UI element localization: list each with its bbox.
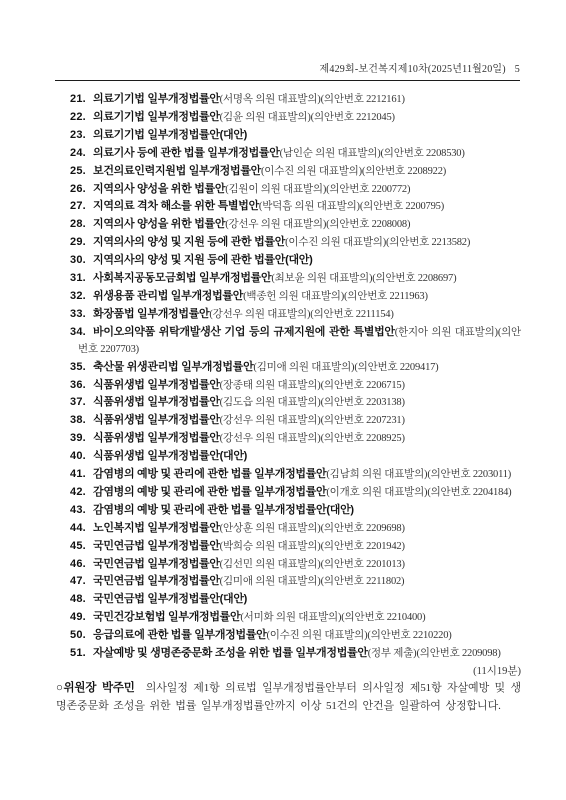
bill-number: 30.: [70, 252, 93, 269]
bill-detail: (김남희 의원 대표발의)(의안번호 2203011): [326, 469, 511, 480]
page-header: 제429회-보건복지제10차(2025년11월20일)5: [55, 60, 520, 75]
bill-title: 사회복지공동모금회법 일부개정법률안: [93, 272, 271, 284]
bill-number: 36.: [70, 377, 93, 394]
bill-list-item: 36.식품위생법 일부개정법률안(장종태 의원 대표발의)(의안번호 22067…: [57, 377, 521, 395]
bill-number: 23.: [70, 127, 93, 144]
bill-list-item: 42.감염병의 예방 및 관리에 관한 법률 일부개정법률안(이개호 의원 대표…: [57, 484, 521, 502]
bill-list-item: 23.의료기기법 일부개정법률안(대안): [57, 127, 521, 145]
bill-number: 42.: [70, 484, 93, 501]
bill-title: 지역의사 양성을 위한 법률안: [93, 218, 225, 230]
bill-list-item: 25.보건의료인력지원법 일부개정법률안(이수진 의원 대표발의)(의안번호 2…: [57, 163, 521, 181]
bill-list-item: 37.식품위생법 일부개정법률안(김도읍 의원 대표발의)(의안번호 22031…: [57, 394, 521, 412]
chair-remarks-paragraph: ○위원장 박주민의사일정 제1항 의료법 일부개정법률안부터 의사일정 제51항…: [56, 680, 521, 715]
bill-list-item: 26.지역의사 양성을 위한 법률안(김원이 의원 대표발의)(의안번호 220…: [57, 181, 521, 199]
bill-list-item: 45.국민연금법 일부개정법률안(박희승 의원 대표발의)(의안번호 22019…: [57, 538, 521, 556]
bill-list-item: 32.위생용품 관리법 일부개정법률안(백종헌 의원 대표발의)(의안번호 22…: [57, 288, 521, 306]
bill-number: 41.: [70, 466, 93, 483]
bill-list-item: 33.화장품법 일부개정법률안(강선우 의원 대표발의)(의안번호 221115…: [57, 306, 521, 324]
bill-detail: (강선우 의원 대표발의)(의안번호 2208008): [225, 219, 410, 230]
bill-title: 감염병의 예방 및 관리에 관한 법률 일부개정법률안: [93, 486, 326, 498]
bill-detail: (장종태 의원 대표발의)(의안번호 2206715): [220, 380, 405, 391]
bill-title: 국민연금법 일부개정법률안: [93, 558, 220, 570]
bill-number: 25.: [70, 163, 93, 180]
bill-list-item: 44.노인복지법 일부개정법률안(안상훈 의원 대표발의)(의안번호 22096…: [57, 520, 521, 538]
bill-list-item: 30.지역의사의 양성 및 지원 등에 관한 법률안(대안): [57, 252, 521, 270]
bill-title: 바이오의약품 위탁개발생산 기업 등의 규제지원에 관한 특별법안: [93, 326, 395, 338]
bill-list-item: 40.식품위생법 일부개정법률안(대안): [57, 448, 521, 466]
bill-detail: (강선우 의원 대표발의)(의안번호 2207231): [220, 415, 405, 426]
bill-detail: (이수진 의원 대표발의)(의안번호 2210220): [266, 630, 451, 641]
bill-title: 위생용품 관리법 일부개정법률안: [93, 290, 243, 302]
bill-detail: (서명옥 의원 대표발의)(의안번호 2212161): [220, 94, 405, 105]
bill-list-item: 39.식품위생법 일부개정법률안(강선우 의원 대표발의)(의안번호 22089…: [57, 430, 521, 448]
bill-number: 32.: [70, 288, 93, 305]
bill-detail: (안상훈 의원 대표발의)(의안번호 2209698): [220, 523, 405, 534]
bill-title: 보건의료인력지원법 일부개정법률안: [93, 165, 261, 177]
bill-number: 47.: [70, 573, 93, 590]
bill-title: 국민연금법 일부개정법률안(대안): [93, 593, 247, 605]
bill-number: 38.: [70, 412, 93, 429]
bill-number: 43.: [70, 502, 93, 519]
minutes-document-page: 제429회-보건복지제10차(2025년11월20일)5 21.의료기기법 일부…: [0, 0, 566, 800]
bill-list-item: 27.지역의료 격차 해소를 위한 특별법안(박덕흠 의원 대표발의)(의안번호…: [57, 198, 521, 216]
session-label: 제429회-보건복지제10차(2025년11월20일): [320, 64, 506, 75]
bill-detail: (강선우 의원 대표발의)(의안번호 2208925): [220, 433, 405, 444]
bill-number: 33.: [70, 306, 93, 323]
bill-detail: (남인순 의원 대표발의)(의안번호 2208530): [280, 148, 465, 159]
bill-detail: (박희승 의원 대표발의)(의안번호 2201942): [220, 541, 405, 552]
bill-number: 24.: [70, 145, 93, 162]
bill-number: 27.: [70, 198, 93, 215]
bill-list-item: 31.사회복지공동모금회법 일부개정법률안(최보윤 의원 대표발의)(의안번호 …: [57, 270, 521, 288]
bill-title: 식품위생법 일부개정법률안(대안): [93, 450, 247, 462]
bill-detail: (이개호 의원 대표발의)(의안번호 2204184): [326, 487, 511, 498]
bill-detail: (최보윤 의원 대표발의)(의안번호 2208697): [271, 273, 456, 284]
bill-title: 응급의료에 관한 법률 일부개정법률안: [93, 629, 266, 641]
bill-detail: (정부 제출)(의안번호 2209098): [368, 648, 501, 659]
bill-list-item: 35.축산물 위생관리법 일부개정법률안(김미애 의원 대표발의)(의안번호 2…: [57, 359, 521, 377]
bill-list-item: 49.국민건강보험법 일부개정법률안(서미화 의원 대표발의)(의안번호 221…: [57, 609, 521, 627]
bill-number: 48.: [70, 591, 93, 608]
bill-list-item: 46.국민연금법 일부개정법률안(김선민 의원 대표발의)(의안번호 22010…: [57, 556, 521, 574]
bill-list-item: 43.감염병의 예방 및 관리에 관한 법률 일부개정법률안(대안): [57, 502, 521, 520]
bill-detail: (서미화 의원 대표발의)(의안번호 2210400): [240, 612, 425, 623]
bill-title: 노인복지법 일부개정법률안: [93, 522, 220, 534]
bill-list-item: 51.자살예방 및 생명존중문화 조성을 위한 법률 일부개정법률안(정부 제출…: [57, 645, 521, 663]
bill-title: 지역의료 격차 해소를 위한 특별법안: [93, 200, 259, 212]
bill-detail: (박덕흠 의원 대표발의)(의안번호 2200795): [259, 201, 444, 212]
bill-number: 34.: [70, 324, 93, 341]
bill-detail: (이수진 의원 대표발의)(의안번호 2208922): [261, 166, 446, 177]
bill-number: 22.: [70, 109, 93, 126]
bill-detail: (김원이 의원 대표발의)(의안번호 2200772): [225, 184, 410, 195]
bill-title: 자살예방 및 생명존중문화 조성을 위한 법률 일부개정법률안: [93, 647, 368, 659]
bill-number: 37.: [70, 394, 93, 411]
bill-list-item: 22.의료기기법 일부개정법률안(김윤 의원 대표발의)(의안번호 221204…: [57, 109, 521, 127]
bill-title: 축산물 위생관리법 일부개정법률안: [93, 361, 253, 373]
bill-detail: (김도읍 의원 대표발의)(의안번호 2203138): [220, 397, 405, 408]
bill-number: 31.: [70, 270, 93, 287]
bill-title: 국민연금법 일부개정법률안: [93, 575, 220, 587]
bill-title: 의료기사 등에 관한 법률 일부개정법률안: [93, 147, 280, 159]
bill-title: 국민연금법 일부개정법률안: [93, 540, 220, 552]
speaker-name: ○위원장 박주민: [56, 682, 135, 694]
bill-number: 39.: [70, 430, 93, 447]
session-timestamp: (11시19분): [57, 663, 521, 680]
bill-list-item: 50.응급의료에 관한 법률 일부개정법률안(이수진 의원 대표발의)(의안번호…: [57, 627, 521, 645]
bill-list-item: 38.식품위생법 일부개정법률안(강선우 의원 대표발의)(의안번호 22072…: [57, 412, 521, 430]
bill-title: 식품위생법 일부개정법률안: [93, 396, 220, 408]
bill-list-item: 47.국민연금법 일부개정법률안(김미애 의원 대표발의)(의안번호 22118…: [57, 573, 521, 591]
bill-number: 49.: [70, 609, 93, 626]
bill-number: 50.: [70, 627, 93, 644]
bill-number: 29.: [70, 234, 93, 251]
bill-number: 35.: [70, 359, 93, 376]
bill-number: 40.: [70, 448, 93, 465]
bill-title: 식품위생법 일부개정법률안: [93, 379, 220, 391]
bill-list-item: 28.지역의사 양성을 위한 법률안(강선우 의원 대표발의)(의안번호 220…: [57, 216, 521, 234]
bill-number: 45.: [70, 538, 93, 555]
bill-title: 지역의사의 양성 및 지원 등에 관한 법률안(대안): [93, 254, 312, 266]
bill-list-item: 34.바이오의약품 위탁개발생산 기업 등의 규제지원에 관한 특별법안(한지아…: [57, 324, 521, 359]
bill-detail: (김미애 의원 대표발의)(의안번호 2209417): [253, 362, 438, 373]
bill-title: 화장품법 일부개정법률안: [93, 308, 209, 320]
bill-number: 26.: [70, 181, 93, 198]
bill-detail: (강선우 의원 대표발의)(의안번호 2211154): [209, 309, 393, 320]
page-content: 21.의료기기법 일부개정법률안(서명옥 의원 대표발의)(의안번호 22121…: [57, 91, 521, 715]
bill-number: 46.: [70, 556, 93, 573]
bill-title: 의료기기법 일부개정법률안: [93, 93, 220, 105]
bill-list: 21.의료기기법 일부개정법률안(서명옥 의원 대표발의)(의안번호 22121…: [57, 91, 521, 663]
bill-title: 식품위생법 일부개정법률안: [93, 432, 220, 444]
bill-list-item: 48.국민연금법 일부개정법률안(대안): [57, 591, 521, 609]
bill-detail: (김선민 의원 대표발의)(의안번호 2201013): [220, 559, 405, 570]
bill-list-item: 41.감염병의 예방 및 관리에 관한 법률 일부개정법률안(김남희 의원 대표…: [57, 466, 521, 484]
bill-number: 51.: [70, 645, 93, 662]
bill-number: 28.: [70, 216, 93, 233]
bill-detail: (이수진 의원 대표발의)(의안번호 2213582): [285, 237, 470, 248]
bill-detail: (김윤 의원 대표발의)(의안번호 2212045): [220, 112, 395, 123]
bill-list-item: 29.지역의사의 양성 및 지원 등에 관한 법률안(이수진 의원 대표발의)(…: [57, 234, 521, 252]
bill-detail: (김미애 의원 대표발의)(의안번호 2211802): [220, 576, 405, 587]
bill-list-item: 24.의료기사 등에 관한 법률 일부개정법률안(남인순 의원 대표발의)(의안…: [57, 145, 521, 163]
bill-number: 44.: [70, 520, 93, 537]
bill-title: 지역의사의 양성 및 지원 등에 관한 법률안: [93, 236, 285, 248]
bill-title: 의료기기법 일부개정법률안: [93, 111, 220, 123]
bill-title: 의료기기법 일부개정법률안(대안): [93, 129, 247, 141]
bill-detail: (백종헌 의원 대표발의)(의안번호 2211963): [243, 291, 428, 302]
bill-title: 지역의사 양성을 위한 법률안: [93, 183, 225, 195]
bill-title: 식품위생법 일부개정법률안: [93, 414, 220, 426]
header-divider-line: [55, 80, 520, 81]
bill-list-item: 21.의료기기법 일부개정법률안(서명옥 의원 대표발의)(의안번호 22121…: [57, 91, 521, 109]
bill-number: 21.: [70, 91, 93, 108]
bill-title: 국민건강보험법 일부개정법률안: [93, 611, 240, 623]
page-number: 5: [515, 64, 520, 75]
bill-title: 감염병의 예방 및 관리에 관한 법률 일부개정법률안(대안): [93, 504, 354, 516]
bill-title: 감염병의 예방 및 관리에 관한 법률 일부개정법률안: [93, 468, 326, 480]
